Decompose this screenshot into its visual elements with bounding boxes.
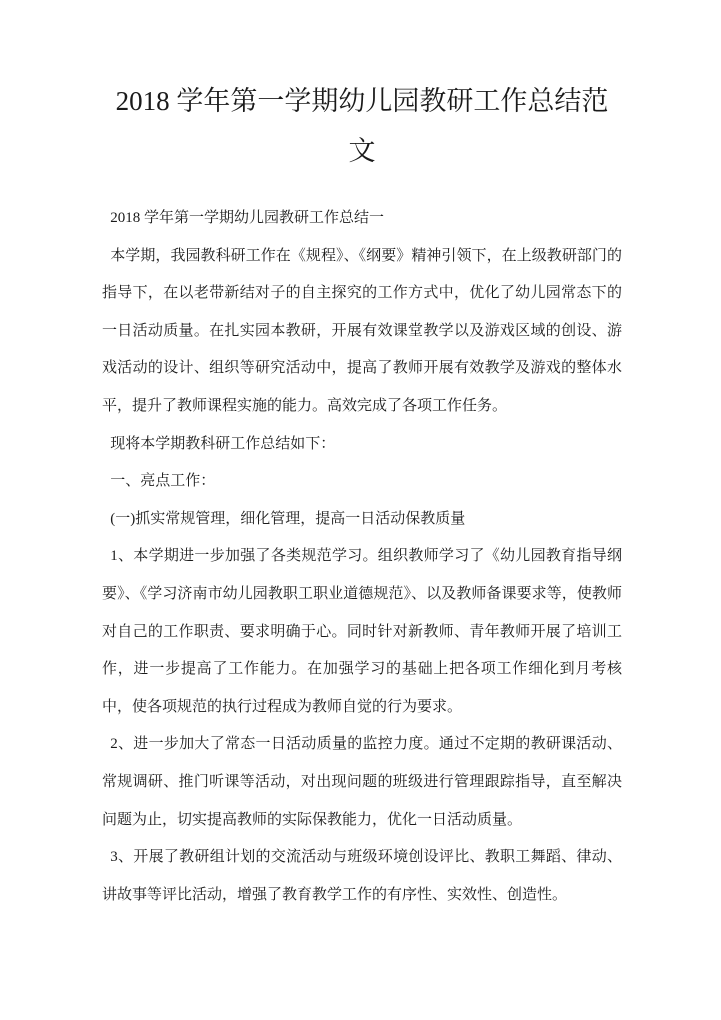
paragraph: 本学期，我园教科研工作在《规程》、《纲要》精神引领下，在上级教研部门的指导下，在… xyxy=(102,238,622,426)
paragraph: (一)抓实常规管理，细化管理，提高一日活动保教质量 xyxy=(102,501,622,539)
paragraph: 一、亮点工作： xyxy=(102,463,622,501)
document-body: 2018 学年第一学期幼儿园教研工作总结一本学期，我园教科研工作在《规程》、《纲… xyxy=(102,200,622,914)
paragraph: 2018 学年第一学期幼儿园教研工作总结一 xyxy=(102,200,622,238)
paragraph: 现将本学期教科研工作总结如下： xyxy=(102,426,622,464)
paragraph: 1、本学期进一步加强了各类规范学习。组织教师学习了《幼儿园教育指导纲要》、《学习… xyxy=(102,538,622,726)
paragraph: 3、开展了教研组计划的交流活动与班级环境创设评比、教职工舞蹈、律动、讲故事等评比… xyxy=(102,839,622,914)
document-title: 2018 学年第一学期幼儿园教研工作总结范文 xyxy=(102,76,622,176)
paragraph: 2、进一步加大了常态一日活动质量的监控力度。通过不定期的教研课活动、常规调研、推… xyxy=(102,726,622,839)
document-page: 2018 学年第一学期幼儿园教研工作总结范文 2018 学年第一学期幼儿园教研工… xyxy=(0,0,721,1020)
